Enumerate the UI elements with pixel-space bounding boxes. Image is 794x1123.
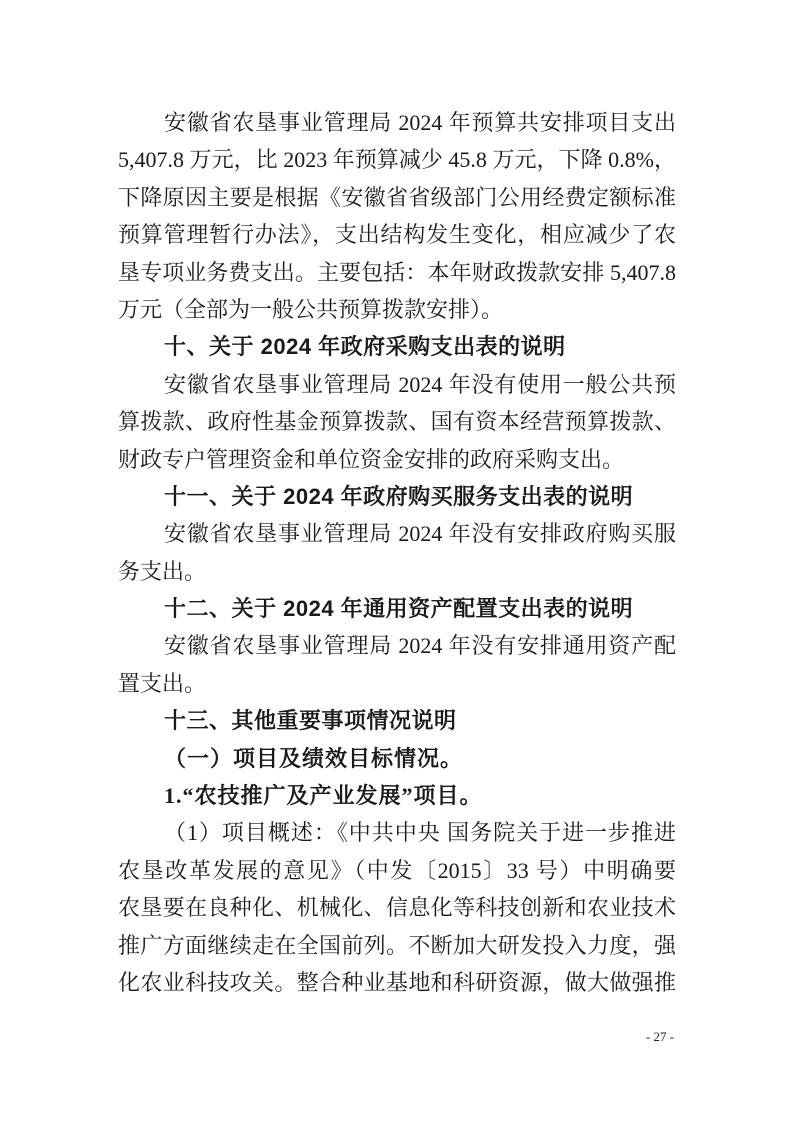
body-line: 安徽省农垦事业管理局 2024 年没有安排通用资产配 (118, 627, 676, 664)
heading-section-ten: 十、关于 2024 年政府采购支出表的说明 (118, 328, 676, 365)
body-line: 安徽省农垦事业管理局 2024 年没有安排政府购买服 (118, 515, 676, 552)
body-line: 务支出。 (118, 553, 676, 590)
body-line: 化农业科技攻关。整合种业基地和科研资源，做大做强推 (118, 964, 676, 1001)
heading-section-thirteen: 十三、其他重要事项情况说明 (118, 702, 676, 739)
body-line: 农垦改革发展的意见》（中发〔2015〕33 号）中明确要求， (118, 852, 676, 889)
document-body: 安徽省农垦事业管理局 2024 年预算共安排项目支出 5,407.8 万元，比 … (118, 104, 676, 1001)
body-line: 推广方面继续走在全国前列。不断加大研发投入力度，强 (118, 927, 676, 964)
document-page: 安徽省农垦事业管理局 2024 年预算共安排项目支出 5,407.8 万元，比 … (0, 0, 794, 1123)
heading-section-eleven: 十一、关于 2024 年政府购买服务支出表的说明 (118, 478, 676, 515)
body-line: 预算管理暂行办法》，支出结构发生变化，相应减少了农 (118, 216, 676, 253)
body-line: （1）项目概述：《中共中央 国务院关于进一步推进 (118, 814, 676, 851)
body-line: 垦专项业务费支出。主要包括：本年财政拨款安排 5,407.8 (118, 254, 676, 291)
subheading-project-performance: （一）项目及绩效目标情况。 (118, 740, 676, 777)
body-line: 财政专户管理资金和单位资金安排的政府采购支出。 (118, 441, 676, 478)
body-line: 下降原因主要是根据《安徽省省级部门公用经费定额标准 (118, 179, 676, 216)
body-line: 万元（全部为一般公共预算拨款安排）。 (118, 291, 676, 328)
body-line: 安徽省农垦事业管理局 2024 年预算共安排项目支出 (118, 104, 676, 141)
heading-section-twelve: 十二、关于 2024 年通用资产配置支出表的说明 (118, 590, 676, 627)
page-number: - 27 - (636, 1028, 684, 1046)
subheading-project-1: 1.“农技推广及产业发展”项目。 (118, 777, 676, 814)
body-line: 5,407.8 万元，比 2023 年预算减少 45.8 万元，下降 0.8%， (118, 141, 676, 178)
body-line: 算拨款、政府性基金预算拨款、国有资本经营预算拨款、 (118, 403, 676, 440)
body-line: 农垦要在良种化、机械化、信息化等科技创新和农业技术 (118, 889, 676, 926)
body-line: 安徽省农垦事业管理局 2024 年没有使用一般公共预 (118, 366, 676, 403)
body-line: 置支出。 (118, 665, 676, 702)
